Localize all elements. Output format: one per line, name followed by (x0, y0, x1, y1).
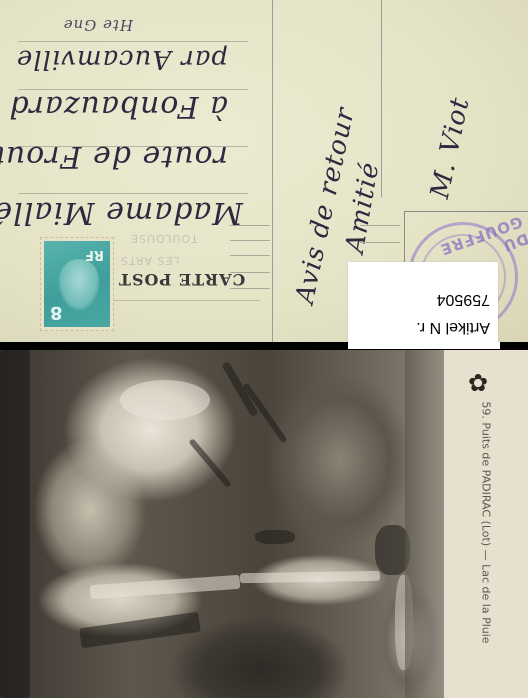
center-divider (272, 0, 273, 342)
lake-surface (405, 350, 444, 698)
stamp-value: 8 (50, 302, 63, 323)
stamp-portrait-icon (58, 259, 100, 311)
address-line-region: Hte Gne (63, 16, 133, 34)
address-rule (18, 193, 248, 194)
stamp-image: RF 8 (44, 241, 110, 327)
article-label: Artikel N r. 759504 (348, 262, 498, 342)
address-line-via: par Aucamville (16, 44, 228, 74)
address-line-name: Madame Miallé (0, 195, 243, 230)
postcard-back: Madame Miallé route de Frouton à Fonbauz… (0, 0, 528, 342)
article-label-title: Artikel N r. (416, 318, 490, 336)
postcard-front: ✿ 59. Puits de PADIRAC (Lot) — Lac de la… (0, 350, 528, 698)
article-label-edge (348, 342, 500, 349)
photo-caption: 59. Puits de PADIRAC (Lot) — Lac de la P… (480, 353, 493, 693)
address-line-town: à Fonbauzard (8, 89, 228, 124)
article-number: 759504 (437, 290, 490, 308)
stamp-country: RF (85, 247, 104, 262)
address-rule (18, 41, 248, 42)
postmark-city: TOULOUSE (130, 232, 198, 245)
printed-heading: CARTE POST (118, 270, 245, 289)
postage-stamp: RF 8 (40, 237, 114, 331)
address-line-street: route de Frouton (0, 139, 228, 174)
postmark-subline: LES ARTS (120, 254, 180, 267)
cave-photograph (0, 350, 444, 698)
